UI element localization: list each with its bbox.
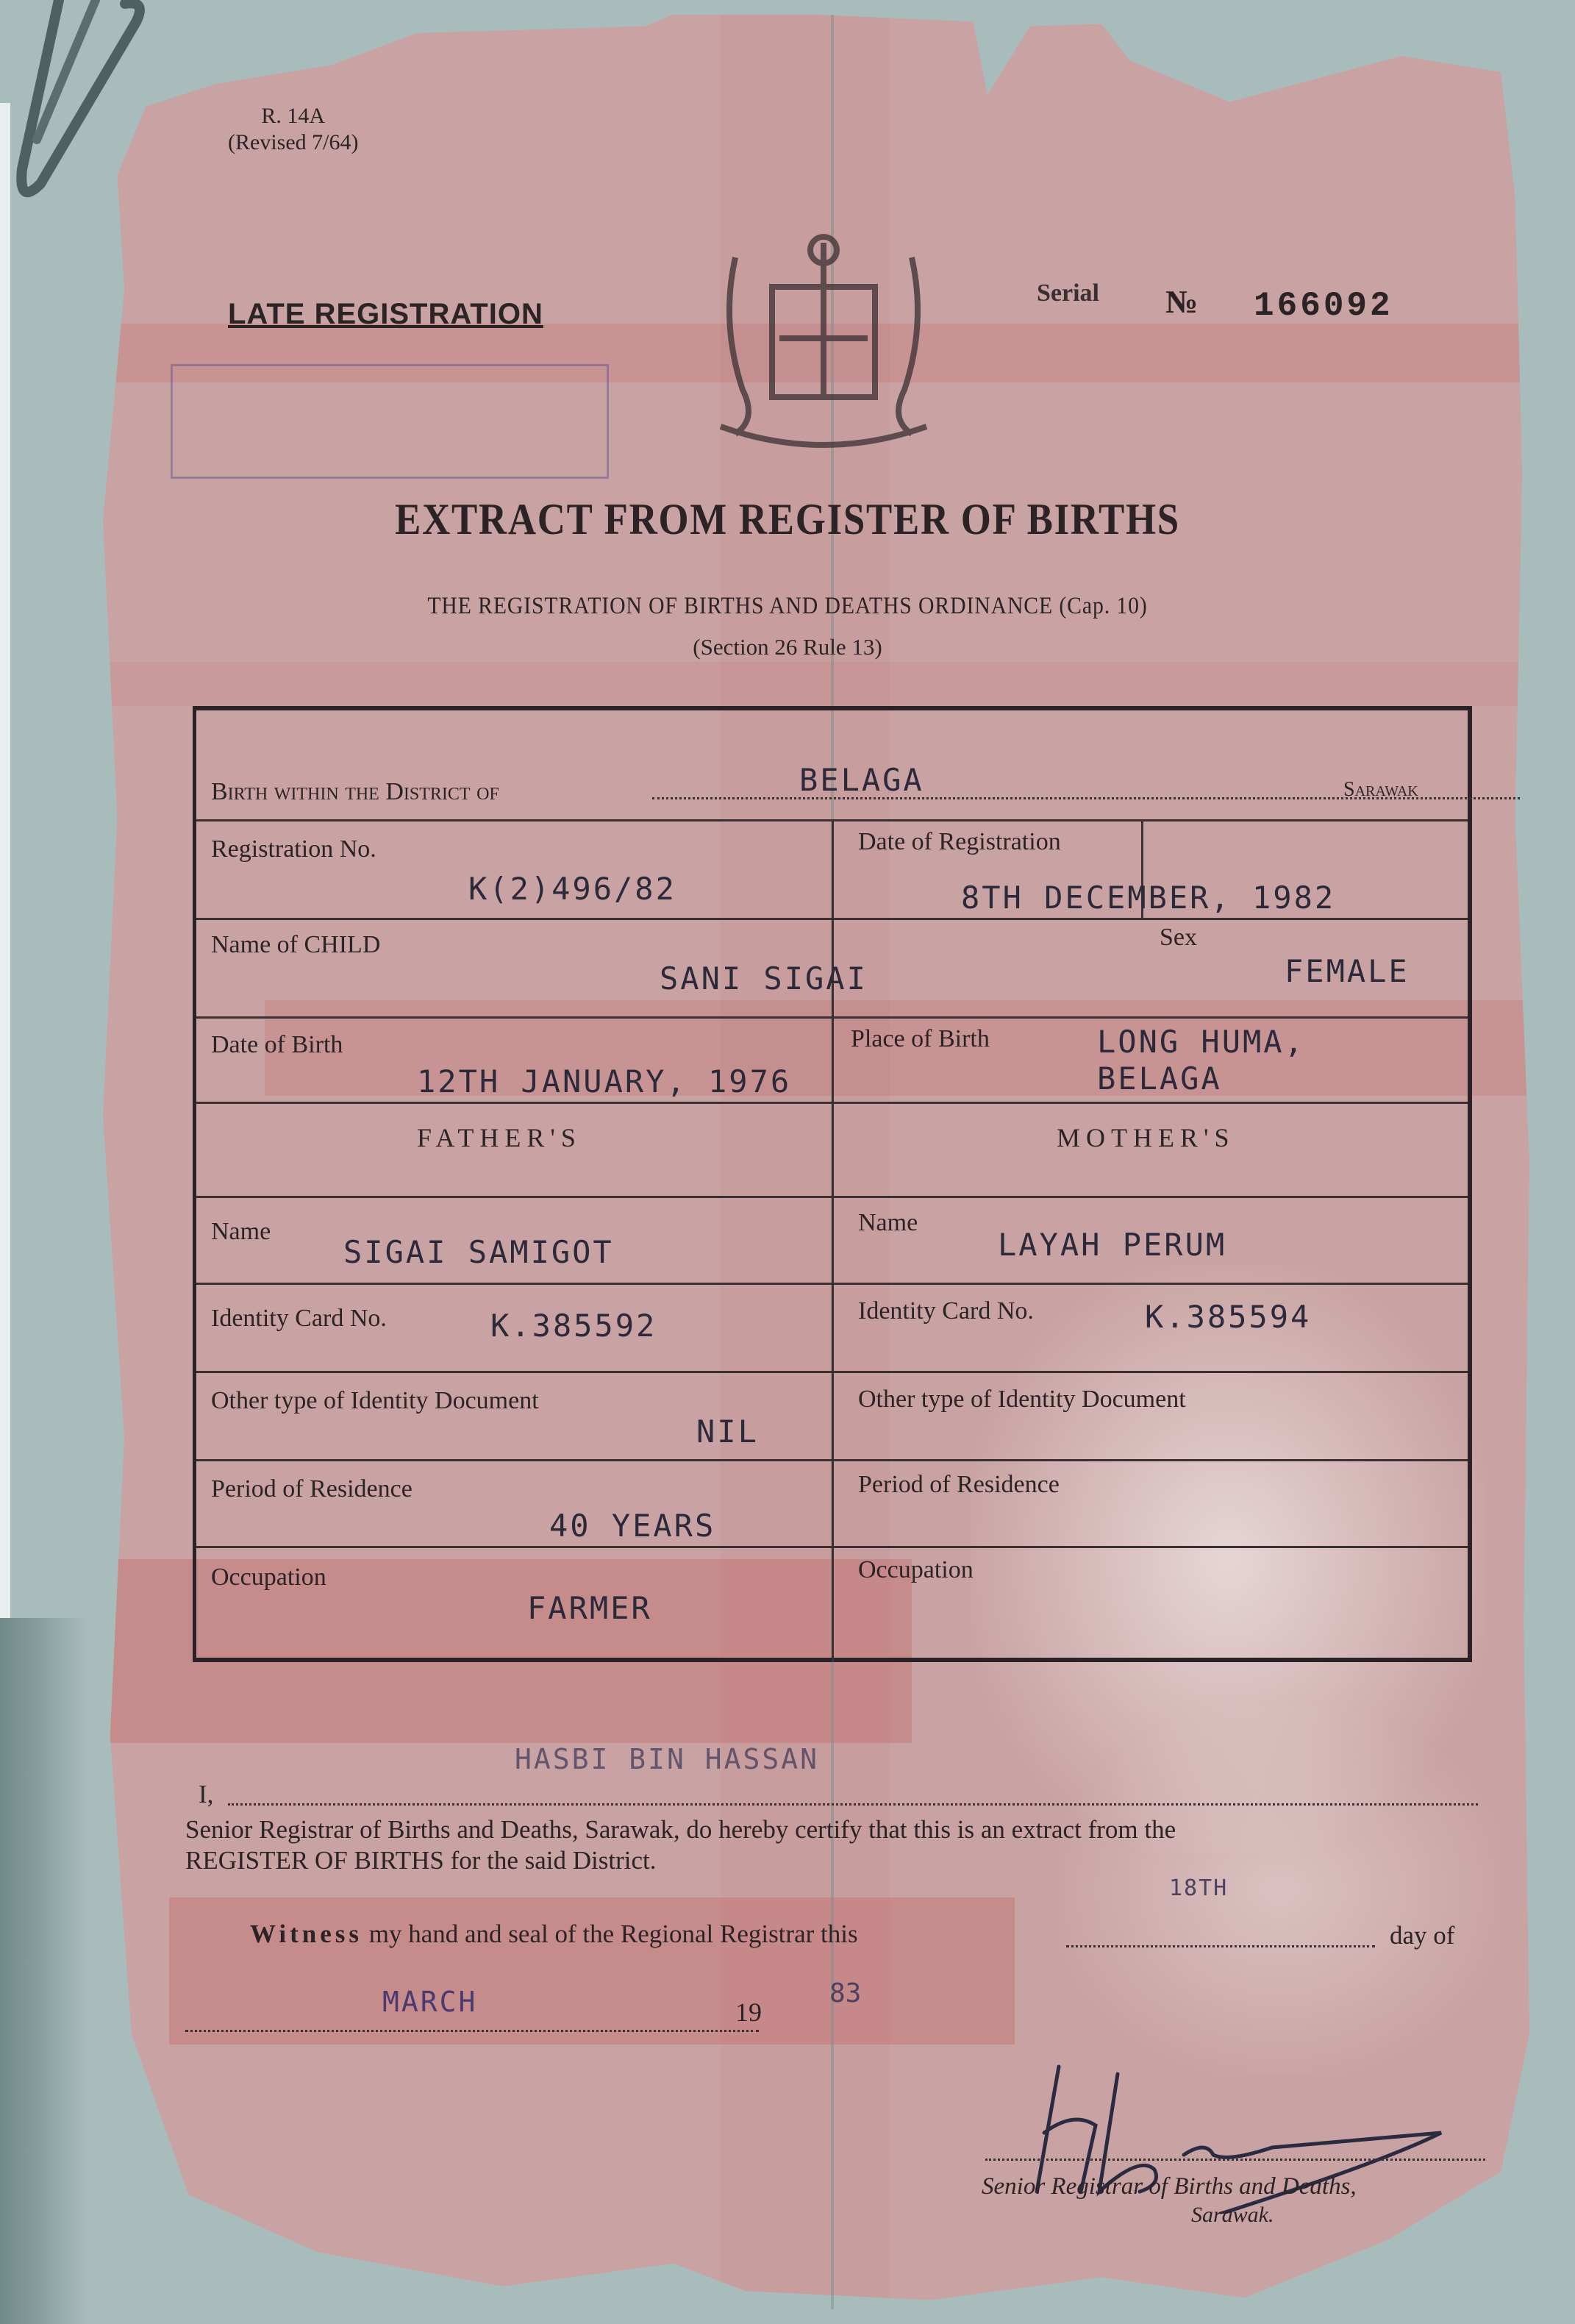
- date-of-registration-value: 8TH DECEMBER, 1982: [961, 880, 1335, 916]
- late-registration-heading: LATE REGISTRATION: [228, 298, 543, 331]
- date-of-birth-label: Date of Birth: [211, 1031, 343, 1059]
- row-divider: [196, 1283, 1468, 1285]
- father-other-id-label: Other type of Identity Document: [211, 1387, 539, 1415]
- place-of-birth-label: Place of Birth: [851, 1025, 990, 1053]
- signature-line: [985, 2159, 1485, 2161]
- father-residence-value: 40 YEARS: [549, 1508, 715, 1544]
- section-reference: (Section 26 Rule 13): [0, 634, 1575, 660]
- serial-label: Serial: [1037, 279, 1099, 307]
- day-of-label: day of: [1390, 1921, 1454, 1950]
- certification-year-prefix: 19: [735, 1997, 762, 2028]
- certification-day-value: 18TH: [1169, 1875, 1228, 1901]
- coat-of-arms-icon: [691, 213, 956, 449]
- mother-residence-label: Period of Residence: [858, 1471, 1060, 1499]
- certification-line2: REGISTER OF BIRTHS for the said District…: [185, 1846, 657, 1875]
- father-occupation-label: Occupation: [211, 1564, 326, 1591]
- district-value: BELAGA: [799, 762, 924, 798]
- father-ic-label: Identity Card No.: [211, 1305, 387, 1333]
- father-heading: FATHER'S: [417, 1122, 582, 1153]
- district-label: Birth within the District of: [211, 778, 499, 806]
- child-name-value: SANI SIGAI: [660, 960, 868, 997]
- father-occupation-value: FARMER: [527, 1590, 652, 1626]
- mother-name-label: Name: [858, 1209, 918, 1237]
- mother-occupation-label: Occupation: [858, 1556, 974, 1584]
- serial-number: 166092: [1254, 287, 1393, 325]
- witness-line: Witness my hand and seal of the Regional…: [250, 1920, 858, 1949]
- row-divider: [196, 1459, 1468, 1461]
- place-of-birth-line2: BELAGA: [1097, 1061, 1222, 1097]
- month-dots: [185, 2030, 759, 2032]
- sex-value: FEMALE: [1285, 953, 1410, 989]
- sex-label: Sex: [1160, 924, 1197, 952]
- document-title: EXTRACT FROM REGISTER OF BIRTHS: [95, 494, 1481, 545]
- certification-year-value: 83: [829, 1978, 861, 2008]
- father-ic-value: K.385592: [490, 1308, 657, 1344]
- certification-prefix: I,: [199, 1780, 213, 1809]
- mother-name-value: LAYAH PERUM: [998, 1227, 1226, 1263]
- day-dots: [1066, 1945, 1375, 1947]
- signatory-state: Sarawak.: [1191, 2203, 1274, 2228]
- child-name-label: Name of CHILD: [211, 931, 380, 959]
- witness-text: my hand and seal of the Regional Registr…: [369, 1920, 858, 1948]
- row-divider: [196, 1016, 1468, 1019]
- background-light-strip: [0, 103, 10, 1817]
- faded-stamp-box: [171, 364, 609, 479]
- mother-other-id-label: Other type of Identity Document: [858, 1386, 1186, 1414]
- form-revision: (Revised 7/64): [228, 129, 358, 156]
- registrar-name-dots: [228, 1803, 1478, 1806]
- ordinance-subtitle: THE REGISTRATION OF BIRTHS AND DEATHS OR…: [79, 593, 1496, 620]
- witness-word: Witness: [250, 1920, 362, 1948]
- registration-no-value: K(2)496/82: [468, 871, 676, 907]
- date-of-birth-value: 12TH JANUARY, 1976: [417, 1063, 791, 1099]
- signatory-title: Senior Registrar of Births and Deaths,: [982, 2173, 1357, 2200]
- row-divider: [196, 819, 1468, 821]
- state-label: Sarawak: [1343, 778, 1418, 802]
- registrar-name: HASBI BIN HASSAN: [515, 1743, 819, 1775]
- row-divider: [196, 1371, 1468, 1373]
- place-of-birth-line1: LONG HUMA,: [1097, 1024, 1305, 1060]
- certification-month-value: MARCH: [382, 1986, 477, 2018]
- registration-no-label: Registration No.: [211, 835, 376, 863]
- center-divider: [832, 819, 834, 1662]
- certification-line1: Senior Registrar of Births and Deaths, S…: [185, 1815, 1176, 1844]
- form-code: R. 14A (Revised 7/64): [228, 103, 358, 156]
- row-divider: [196, 1102, 1468, 1104]
- date-of-registration-label: Date of Registration: [858, 828, 1061, 856]
- row-divider: [196, 1546, 1468, 1548]
- father-name-value: SIGAI SAMIGOT: [343, 1234, 614, 1270]
- mother-heading: MOTHER'S: [1057, 1122, 1235, 1153]
- father-name-label: Name: [211, 1218, 271, 1246]
- background-shadow: [0, 1618, 88, 2324]
- father-residence-label: Period of Residence: [211, 1475, 413, 1503]
- row-divider: [196, 918, 1468, 920]
- mother-ic-value: K.385594: [1145, 1299, 1311, 1335]
- birth-record-table: Birth within the District of BELAGA Sara…: [193, 706, 1472, 1662]
- mother-ic-label: Identity Card No.: [858, 1297, 1034, 1325]
- form-code-number: R. 14A: [228, 103, 358, 129]
- serial-number-symbol: №: [1165, 283, 1198, 321]
- row-divider: [196, 1196, 1468, 1198]
- father-other-id-value: NIL: [696, 1414, 759, 1450]
